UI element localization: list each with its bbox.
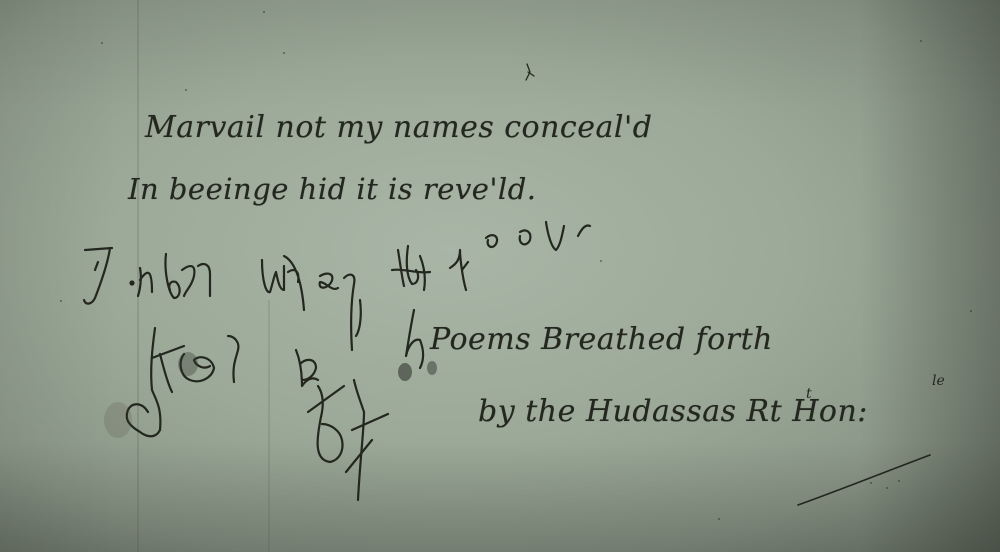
superscript-hon: le [932,373,945,389]
superscript-rt: t [806,386,812,402]
paper-speck [718,518,720,520]
flourish-line [798,455,930,505]
paper-fold-line [137,0,139,552]
ink-blot [427,361,437,375]
scrawl-lower-left [127,300,423,500]
paper-fold-line-lower [268,300,270,552]
paper-speck [263,11,265,13]
paper-speck [970,310,972,312]
manuscript-page: Marvail not my names conceal'd In beeing… [0,0,1000,552]
paper-speck [898,480,900,482]
paper-speck [600,260,602,262]
stain [104,402,132,438]
paper-speck [920,40,922,42]
ink-smudge [178,352,198,376]
paper-speck [60,300,62,302]
paper-speck [870,482,872,484]
ink-scribbles [0,0,1000,552]
paper-speck [185,89,187,91]
ink-blot [398,363,412,381]
ink-mark [526,64,534,80]
paper-speck [101,42,103,44]
paper-speck [886,487,888,489]
manuscript-line-2: In beeinge hid it is reve'ld. [128,172,537,206]
paper-speck [283,52,285,54]
manuscript-line-3: Poems Breathed forth [430,322,773,357]
manuscript-line-1: Marvail not my names conceal'd [145,110,652,145]
